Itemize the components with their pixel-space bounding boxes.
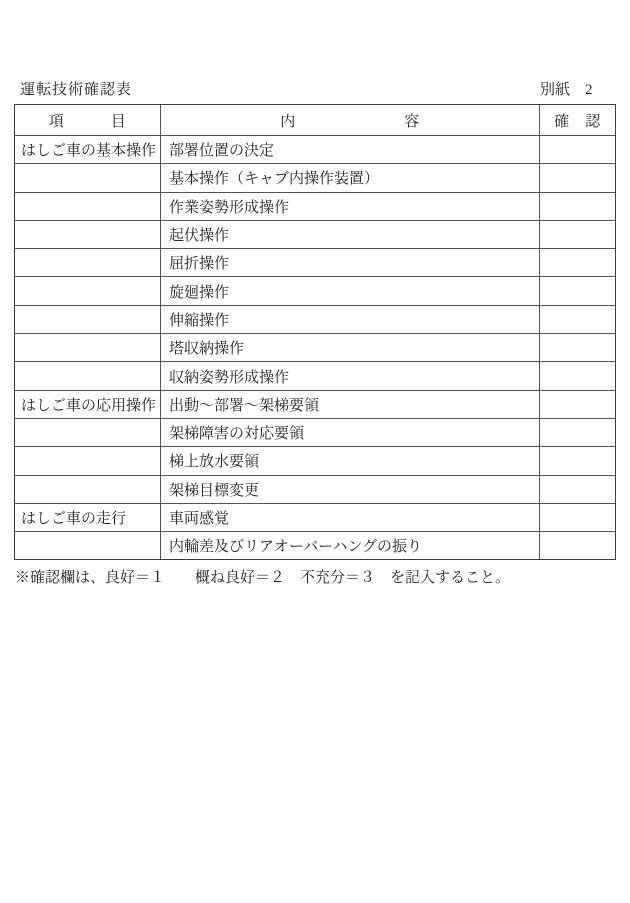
item-cell [15,532,161,559]
table-row: 架梯目標変更 [15,475,615,503]
check-cell [540,476,615,503]
content-cell: 起伏操作 [161,221,540,248]
item-cell [15,306,161,333]
item-cell [15,476,161,503]
check-cell [540,249,615,276]
table-row: 起伏操作 [15,220,615,248]
content-cell: 塔収納操作 [161,334,540,361]
check-cell [540,391,615,418]
footnote: ※確認欄は、良好＝１ 概ね良好＝２ 不充分＝３ を記入すること。 [15,566,510,587]
content-cell: 部署位置の決定 [161,136,540,163]
table-row: 内輪差及びリアオーバーハングの振り [15,531,615,559]
item-cell [15,362,161,389]
table-row: 梯上放水要領 [15,446,615,474]
item-cell: はしご車の基本操作 [15,136,161,163]
table-row: 塔収納操作 [15,333,615,361]
content-cell: 旋廻操作 [161,277,540,304]
check-cell [540,532,615,559]
item-cell [15,334,161,361]
item-cell: はしご車の応用操作 [15,391,161,418]
content-cell: 出動～部署～架梯要領 [161,391,540,418]
table-row: 旋廻操作 [15,276,615,304]
content-cell: 収納姿勢形成操作 [161,362,540,389]
item-cell [15,193,161,220]
content-cell: 伸縮操作 [161,306,540,333]
table-row: 基本操作（キャブ内操作装置） [15,163,615,191]
content-cell: 架梯目標変更 [161,476,540,503]
table-row: 収納姿勢形成操作 [15,361,615,389]
content-cell: 内輪差及びリアオーバーハングの振り [161,532,540,559]
item-cell [15,277,161,304]
table-row: 架梯障害の対応要領 [15,418,615,446]
table-row: 作業姿勢形成操作 [15,192,615,220]
item-cell [15,447,161,474]
check-cell [540,504,615,531]
content-cell: 基本操作（キャブ内操作装置） [161,164,540,191]
check-cell [540,362,615,389]
item-cell [15,419,161,446]
header-content-label: 内 容 [161,105,540,135]
item-cell: はしご車の走行 [15,504,161,531]
content-cell: 屈折操作 [161,249,540,276]
content-cell: 車両感覚 [161,504,540,531]
table-row: はしご車の走行 車両感覚 [15,503,615,531]
header-item-label: 項 目 [15,105,161,135]
checklist-table: 項 目 内 容 確 認 はしご車の基本操作 部署位置の決定 基本操作（キャブ内操… [14,104,616,560]
item-cell [15,249,161,276]
check-cell [540,334,615,361]
item-cell [15,221,161,248]
content-cell: 作業姿勢形成操作 [161,193,540,220]
table-row: はしご車の応用操作 出動～部署～架梯要領 [15,390,615,418]
check-cell [540,164,615,191]
page-title: 運転技術確認表 [20,78,132,99]
check-cell [540,277,615,304]
check-cell [540,419,615,446]
table-row: はしご車の基本操作 部署位置の決定 [15,135,615,163]
content-cell: 架梯障害の対応要領 [161,419,540,446]
table-row: 伸縮操作 [15,305,615,333]
check-cell [540,221,615,248]
check-cell [540,306,615,333]
check-cell [540,136,615,163]
header-check-label: 確 認 [540,105,615,135]
attachment-label: 別紙 2 [540,78,593,99]
item-cell [15,164,161,191]
table-row: 屈折操作 [15,248,615,276]
check-cell [540,447,615,474]
content-cell: 梯上放水要領 [161,447,540,474]
table-header-row: 項 目 内 容 確 認 [15,105,615,135]
check-cell [540,193,615,220]
